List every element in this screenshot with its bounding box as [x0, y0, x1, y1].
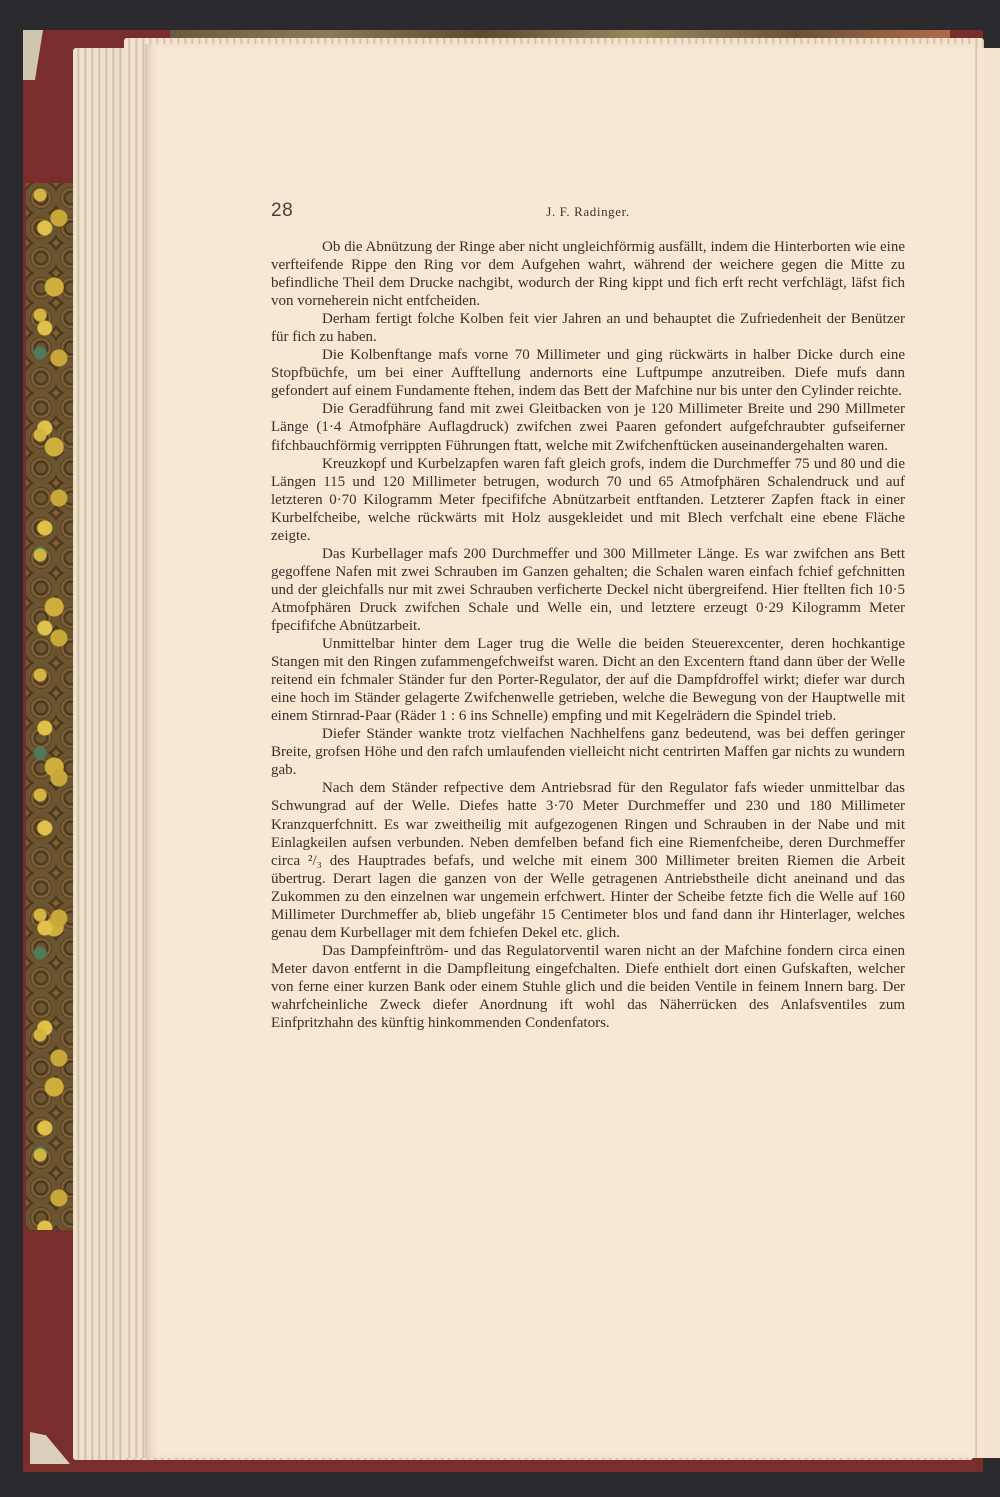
running-head-author: J. F. Radinger. — [271, 204, 905, 220]
paragraph: Unmittelbar hinter dem Lager trug die We… — [271, 635, 905, 725]
body-text: Ob die Abnützung der Ringe aber nicht un… — [271, 238, 905, 1032]
paragraph: Kreuzkopf und Kurbelzapfen waren faft gl… — [271, 455, 905, 545]
book-page: 28 J. F. Radinger. Ob die Abnützung der … — [145, 44, 975, 1458]
paragraph: Derham fertigt folche Kolben feit vier J… — [271, 310, 905, 346]
paragraph: Die Geradführung fand mit zwei Gleitback… — [271, 400, 905, 454]
paragraph: Das Dampfeinftröm- und das Regulatorvent… — [271, 942, 905, 1032]
paragraph: Diefer Ständer wankte trotz vielfachen N… — [271, 725, 905, 779]
marbled-cover-paper — [26, 183, 73, 1230]
paragraph: Das Kurbellager mafs 200 Durchmeffer und… — [271, 545, 905, 635]
paragraph: Ob die Abnützung der Ringe aber nicht un… — [271, 238, 905, 310]
running-head: 28 J. F. Radinger. — [271, 200, 905, 224]
paragraph: Nach dem Ständer refpective dem Antriebs… — [271, 779, 905, 941]
facing-page-edge — [976, 48, 1000, 1458]
paragraph: Die Kolbenftange mafs vorne 70 Millimete… — [271, 346, 905, 400]
